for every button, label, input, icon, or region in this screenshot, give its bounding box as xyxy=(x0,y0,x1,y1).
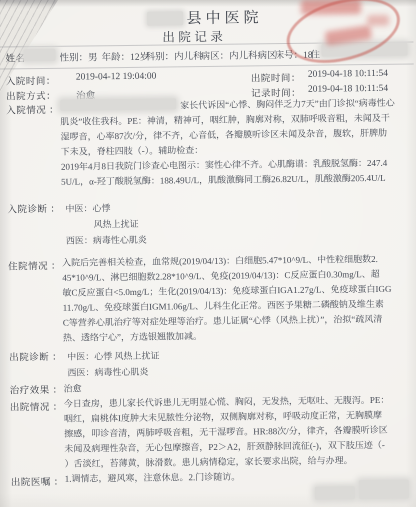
section-hospital-course: 入院后完善相关检查，血常规(2019/04/13)：白细胞5.47*10^9/L… xyxy=(62,252,413,346)
section-label-admission-diagnosis: 入院诊断 ： xyxy=(7,201,60,216)
section-label-discharge-diagnosis: 出院诊断 ： xyxy=(9,349,62,364)
hospital-name: 县中医院 xyxy=(186,6,262,28)
field-sex: 性别：男 xyxy=(60,49,98,63)
section-admission-diagnosis: 中医：心悸 风热上扰证 西医：病毒性心肌炎 xyxy=(65,196,416,248)
section-discharge-condition: 今日查房，患儿家长代诉患儿无明显心慌、胸闷，无发热，无呕吐、无腹泻。PE： 咽红… xyxy=(64,392,415,471)
field-value-record-time: 2019-04-18 10:11:54 xyxy=(308,84,388,95)
field-label-discharge-mode: 出院方式： xyxy=(6,88,56,103)
redaction-mask-signature xyxy=(315,486,355,499)
seal-blur-patch xyxy=(301,0,361,15)
field-label-admit-time: 入院时间： xyxy=(6,73,56,88)
field-dept: 科别：内儿科 xyxy=(145,48,202,63)
section-admission-condition: 家长代诉因“心悸、胸闷伴乏力7天”由门诊拟“病毒性心 肌炎”收住我科。PE：神清… xyxy=(60,96,411,190)
document-page: 县中医院 出院记录 姓名 性别：男 年龄：12岁 科别：内儿科 病区：内儿科病区… xyxy=(0,0,416,507)
redaction-mask-county-name xyxy=(148,11,184,25)
field-value-admit-time: 2019-04-12 19:04:00 xyxy=(76,72,157,83)
diagnosis-western: 西医：病毒性心肌炎 xyxy=(66,228,416,248)
redaction-mask-inline xyxy=(60,98,176,110)
section-label-hospital-course: 住院情况 ： xyxy=(8,258,61,273)
section-label-admission-condition: 入院情况 ： xyxy=(6,102,59,117)
section-line: 热、透络宁心”，方选银翘散加减。 xyxy=(63,327,413,346)
seal-blur-patch xyxy=(367,15,389,26)
discharge-record-photo: 县中医院 出院记录 姓名 性别：男 年龄：12岁 科别：内儿科 病区：内儿科病区… xyxy=(0,0,416,507)
field-age: 年龄：12岁 xyxy=(101,49,149,64)
field-ward: 病区：内儿科病区 xyxy=(200,47,276,62)
field-label-discharge-time: 出院时间： xyxy=(251,70,301,85)
redaction-mask-signature xyxy=(359,480,409,500)
section-label-discharge-condition: 出院情况 ： xyxy=(10,399,63,414)
redaction-mask-name xyxy=(23,49,55,61)
field-value-discharge-time: 2019-04-18 10:11:54 xyxy=(308,69,388,80)
section-label-treatment-result: 治疗效果 ： xyxy=(10,382,63,397)
section-line: 5U/L，α-羟丁酸脱氢酶：188.49U/L，肌酸激酶同工酶26.82U/L，… xyxy=(61,171,411,190)
section-label-discharge-orders: 出院医嘱 ： xyxy=(11,474,64,489)
section-line-text: 家长代诉因“心悸、胸闷伴乏力7天”由门诊拟“病毒性心 xyxy=(180,98,395,111)
section-discharge-diagnosis: 中医：心悸 风热上扰证 西医：病毒性心肌炎 xyxy=(67,344,416,380)
